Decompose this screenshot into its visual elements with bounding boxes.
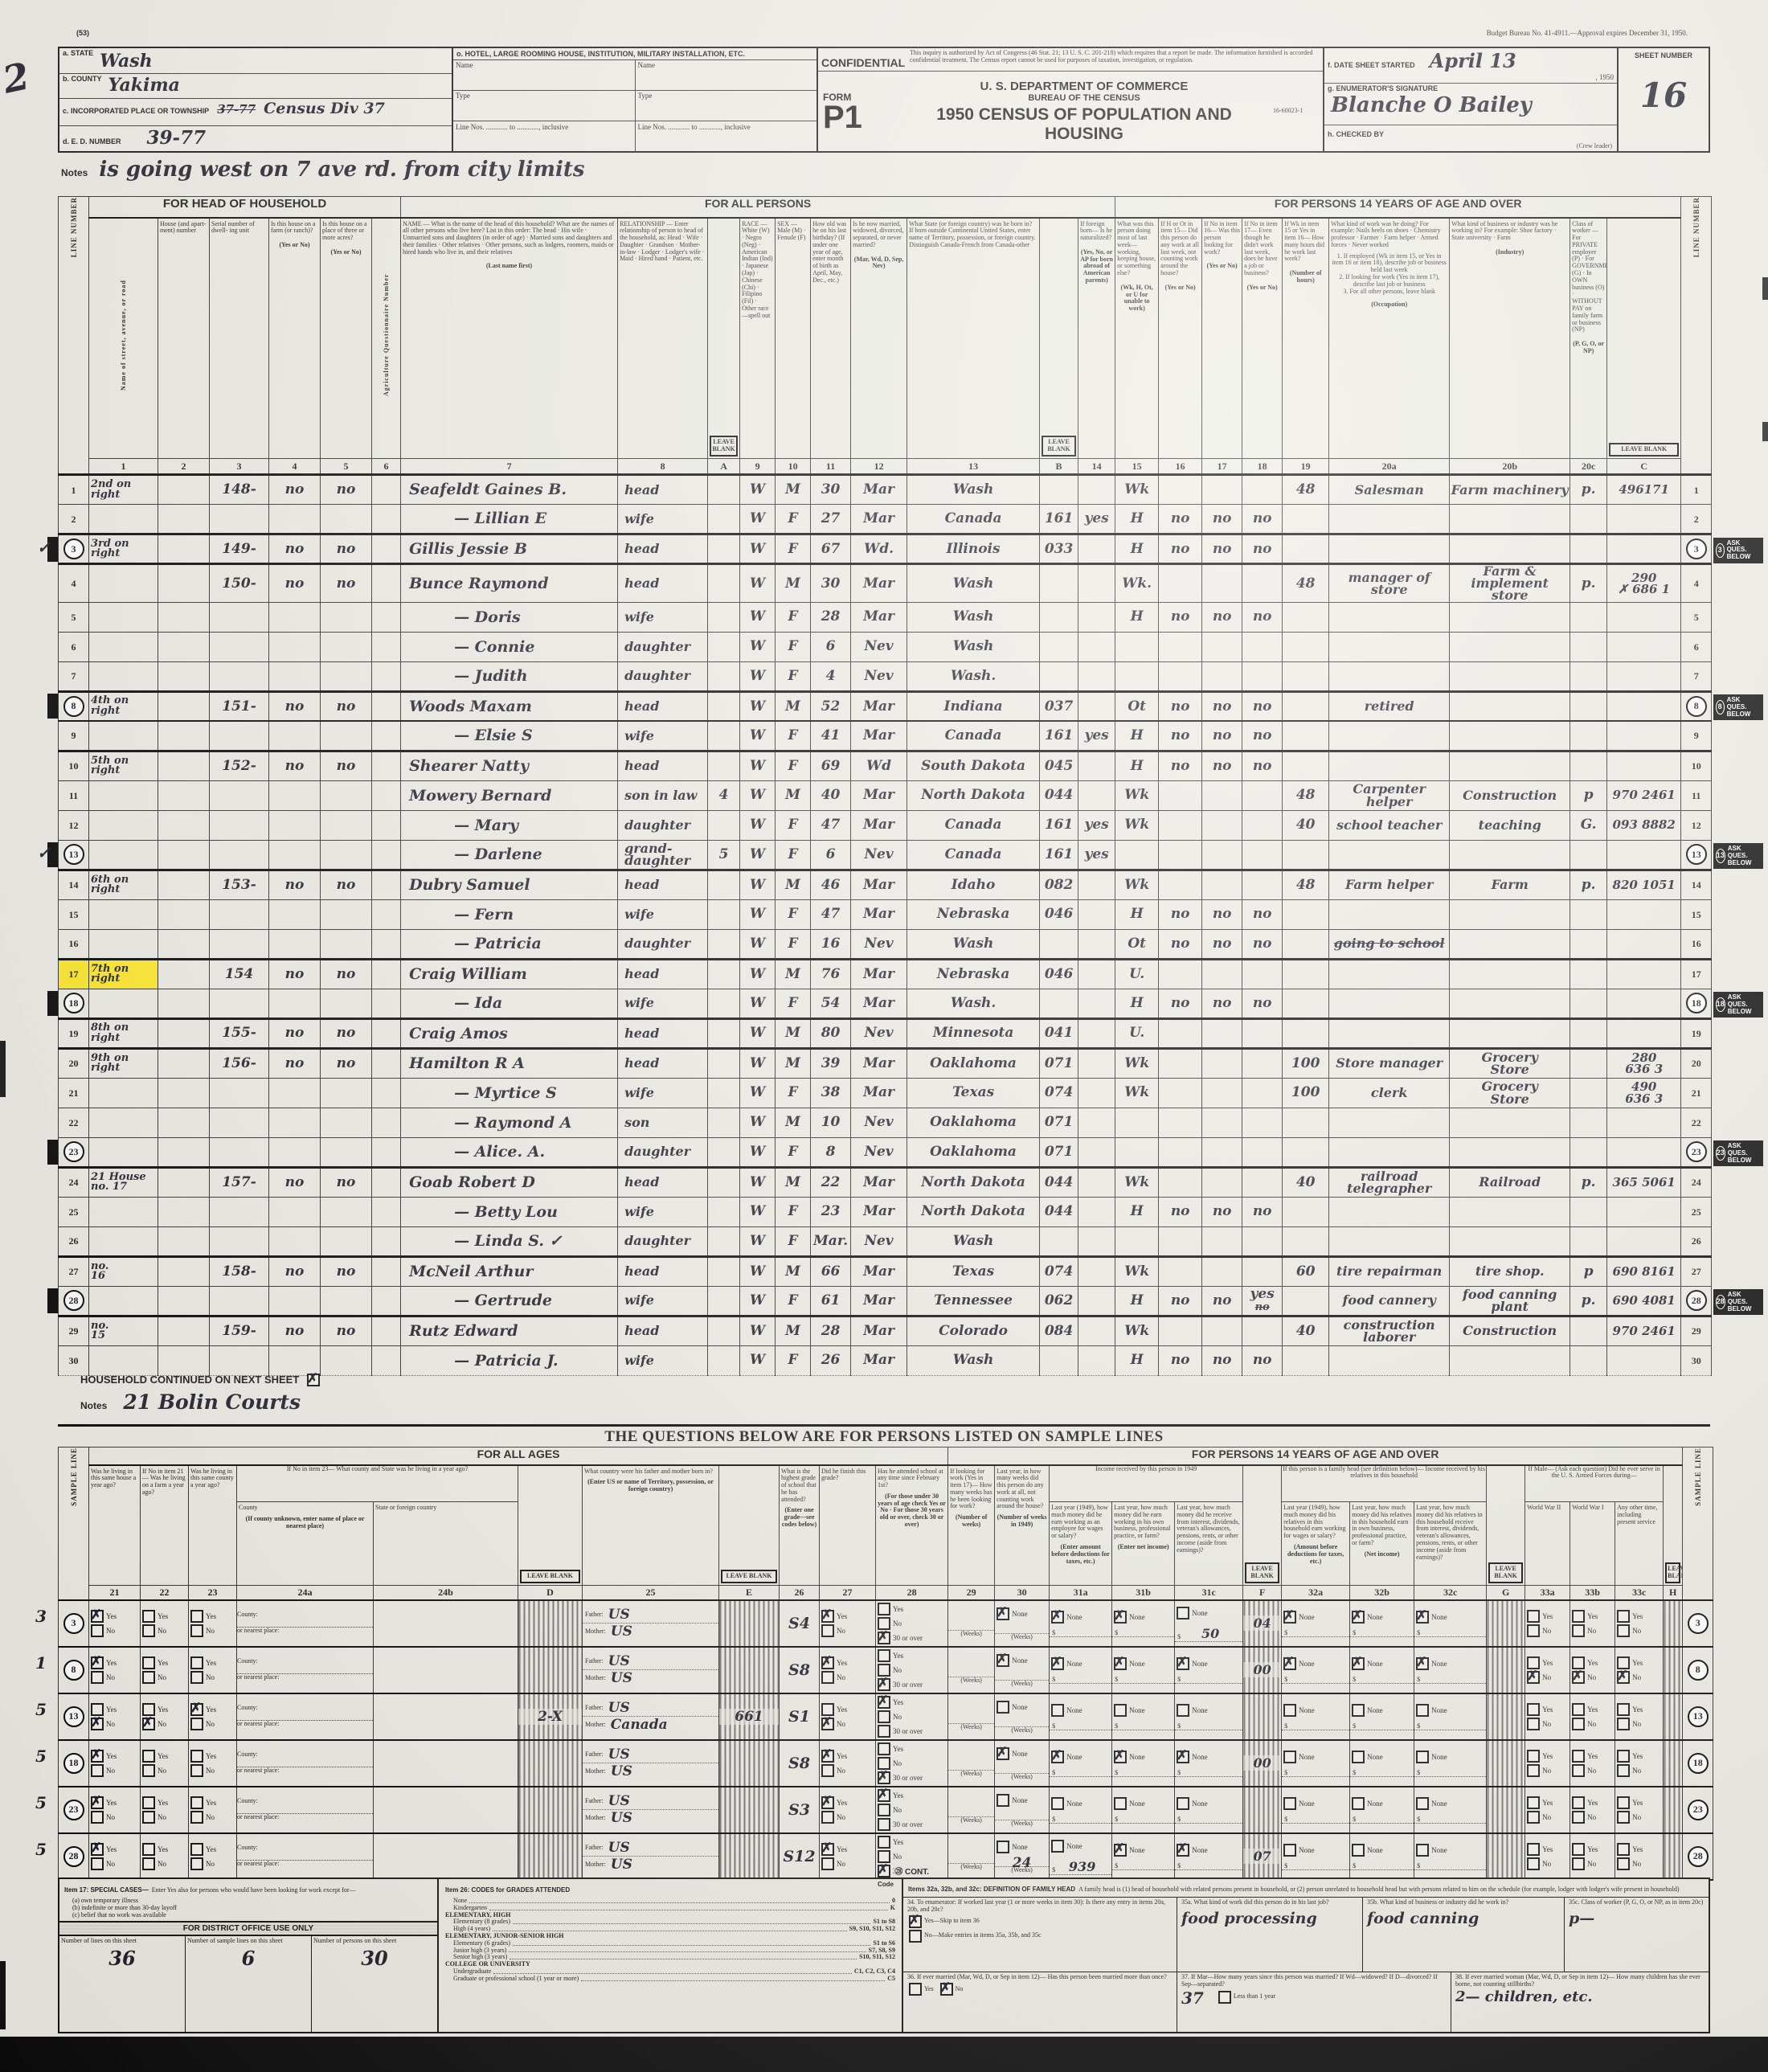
cell-32a-none: None [1283,1844,1348,1857]
cell-32b-dollar: $ [1353,1723,1356,1730]
value-ag: 41 [811,729,850,742]
value-bo: Wash. [907,997,1039,1009]
cell-31c-amount-line: $ [1175,1770,1242,1778]
cell-33a: YesNo [1525,1693,1570,1740]
cell-ma: Nev [851,929,907,959]
col-sub-32b: (Net income) [1350,1550,1414,1560]
cell-33c-yes-checkbox [1617,1796,1630,1809]
cell-sx: M [776,1018,811,1048]
cell-w18 [1242,1167,1283,1197]
cell-bo: Wash. [907,661,1040,691]
cell-33c-yes: Yes [1617,1796,1661,1809]
sample-line-circle-right: 3 [1688,1613,1709,1634]
value-B: 071 [1040,1145,1078,1158]
cell-23: YesNo [189,1693,237,1740]
cell-w17 [1202,1316,1242,1345]
cell-fa [269,1108,321,1137]
cell-29: (Weeks) [948,1787,995,1833]
value-rl: son in law [618,789,707,801]
value-sx: F [776,670,810,682]
sample-line-circle-right: 28 [1688,1846,1709,1867]
cell-bo: Tennessee [907,1286,1040,1316]
cell-B [1040,1226,1078,1256]
cell-32b-dollar: $ [1353,1816,1356,1824]
cell-B: 084 [1040,1316,1078,1345]
value-bo: Minnesota [907,1026,1039,1039]
mother-label: Mother: [585,1675,606,1682]
cell-bo: Canada [907,721,1040,751]
cell-rl: daughter [618,661,708,691]
cell-w19 [1283,661,1329,691]
cell-33b: YesNo [1570,1833,1615,1880]
col-sub-15: (Wk, H, Ot, or U for unable to work) [1115,285,1158,313]
value-nm: Rutz Edward [401,1324,617,1338]
cell-ag: 8 [811,1137,851,1167]
col-number-8: 8 [618,459,708,475]
cell-21-yes-label: Yes [106,1659,117,1667]
title-block: CONFIDENTIAL This inquiry is authorized … [818,48,1324,151]
value-nm: — Patricia J. [401,1353,617,1368]
cell-w19: 60 [1283,1256,1329,1286]
grade-value: S8 [780,1661,819,1679]
cell-ra: W [740,1316,776,1345]
cell-ho [158,751,210,780]
value-oc: railroad telegrapher [1329,1170,1449,1194]
cell-sx: F [776,929,811,959]
cell-ac [321,661,372,691]
value-B: 161 [1040,848,1078,861]
value-ra: W [740,1057,775,1070]
value-nm: — Darlene [401,847,617,862]
cell-23-yes: Yes [190,1703,235,1716]
grade-codes-box: Item 26: CODES for GRADES ATTENDED Code … [439,1879,903,2032]
cell-st: no. 15 [89,1316,158,1345]
cell-27-no-label: No [837,1673,845,1681]
ask-ques-below-badge: 18ASK QUES. BELOW [1713,992,1763,1018]
cell-w19: 40 [1283,1316,1329,1345]
sample-line-circle-right: 23 [1686,1141,1707,1162]
grade-code-name: Graduate or professional school (1 year … [453,1976,579,1983]
col-label-22: If No in item 21— Was he living on a far… [141,1466,188,1499]
sample-line-right-23: 23 [1683,1787,1713,1833]
cell-w18 [1242,870,1283,899]
cell-ho [158,1197,210,1226]
cell-33a-yes: Yes [1527,1843,1568,1856]
line-no-right: 11 [1692,790,1700,801]
col-number-20b: 20b [1450,459,1570,475]
cell-C: 690 8161 [1607,1256,1681,1286]
ask-ques-below-badge: 8ASK QUES. BELOW [1713,694,1763,720]
cell-st [89,989,158,1018]
line-no-right: 1 [1694,485,1699,496]
cell-23-no-label: No [206,1767,215,1775]
cell-24b [374,1600,518,1647]
sample-line-label: SAMPLE LINE [70,1448,78,1506]
cell-w19 [1283,1018,1329,1048]
cell-w18: no [1242,751,1283,780]
cell-21-no-label: No [106,1767,115,1775]
cell-ag: 6 [811,632,851,661]
father-value: US [608,1607,630,1623]
cell-C: 365 5061 [1607,1167,1681,1197]
line-number-left-6: 6 [59,632,89,661]
cell-31b-none: None [1114,1704,1173,1717]
col-label-11: How old was he on his last birthday? (If… [811,219,850,287]
cell-na [1078,1197,1115,1226]
cell-w15 [1115,661,1159,691]
cell-ac [321,1137,372,1167]
cell-w15: H [1115,1197,1159,1226]
cell-32c-dollar: $ [1417,1863,1420,1870]
cell-25: Father:USMother:US [583,1787,719,1833]
cell-w16: no [1159,721,1202,751]
value-ma: Mar [851,968,907,981]
cell-30-none-checkbox [997,1794,1009,1807]
cell-nm: — Raymond A [401,1108,618,1137]
cell-23-yes-checkbox [190,1656,203,1669]
cell-25: Father:USMother:US [583,1600,719,1647]
cell-33a-no-label: No [1542,1720,1551,1728]
cell-sx: M [776,691,811,721]
value-ma: Mar [851,1057,907,1070]
form-number: P1 [823,103,895,132]
value-se: 148- [210,483,268,496]
cell-23-yes-checkbox [190,1610,203,1623]
cell-rl: head [618,1167,708,1197]
cell-bo: North Dakota [907,1167,1040,1197]
cell-w15: H [1115,534,1159,564]
cell-A [708,1256,740,1286]
line-number-left-5: 5 [59,602,89,632]
cell-33c: YesNo [1615,1833,1664,1880]
cell-32b: None$ [1350,1740,1414,1787]
value-ma: Mar [851,1205,907,1218]
cell-w15: Wk [1115,1316,1159,1345]
cell-C [1607,929,1681,959]
cell-sx: F [776,1078,811,1108]
family-group-header: If this person is a family head (see def… [1282,1465,1487,1502]
cell-ma: Mar [851,780,907,810]
weeks-value [995,1808,1049,1820]
cell-w17: no [1202,534,1242,564]
sample-row-28: 28YesNoYesNoYesNoCounty:or nearest place… [59,1833,1713,1880]
sheet-number-label: SHEET NUMBER [1619,48,1709,59]
cell-in [1450,840,1570,870]
cell-23: YesNo [189,1647,237,1693]
badge-text: ASK QUES. BELOW [1727,697,1761,718]
cell-31c-amount-line: $50 [1175,1626,1242,1642]
line-no-right: 19 [1692,1028,1701,1039]
cell-B: 071 [1040,1137,1078,1167]
cell-w16: no [1159,1197,1202,1226]
line-number-right-25: 25 [1681,1197,1712,1226]
cell-A [708,1167,740,1197]
cell-ho [158,959,210,989]
cell-23-no-label: No [206,1813,215,1821]
cell-w15: H [1115,1286,1159,1316]
badge-text: ASK QUES. BELOW [1728,1292,1761,1312]
weeks-caption: (Weeks) [995,1633,1049,1641]
cell-32a-none-label: None [1299,1660,1315,1668]
value-sx: F [776,937,810,950]
cell-33c: YesNo [1615,1693,1664,1740]
cell-32b: None$ [1350,1647,1414,1693]
cell-21-yes: Yes [91,1610,138,1623]
cell-oc [1329,1345,1450,1375]
grade-value: S12 [780,1848,819,1865]
cell-27-no-checkbox [821,1671,834,1684]
value-B: 071 [1040,1116,1078,1128]
cell-ra: W [740,1345,776,1375]
value-B: 074 [1040,1086,1078,1099]
cell-29: (Weeks) [948,1833,995,1880]
grade-code-dots [493,1926,846,1931]
cell-31c-none: None [1177,1844,1241,1857]
cell-bo: Wash [907,475,1040,505]
cell-in [1450,534,1570,564]
cell-oc: retired [1329,691,1450,721]
col-header-1: Name of street, avenue, or road [89,218,158,459]
county-value: Yakima [108,75,180,98]
cell-23-yes-label: Yes [206,1706,216,1714]
value-bo: Oaklahoma [907,1116,1039,1128]
table-row: 18— IdawifeWF54MarWash.Hnonono18 [59,989,1712,1018]
line-no-right: 20 [1692,1058,1701,1069]
value-C: 690 8161 [1607,1266,1680,1277]
cell-w18 [1242,475,1283,505]
cell-22-yes: Yes [142,1750,186,1763]
cell-30-none: None [997,1607,1047,1620]
cell-in [1450,929,1570,959]
cell-bo: Wash [907,632,1040,661]
cell-31b-none-label: None [1129,1706,1145,1714]
value-fa: no [269,878,320,891]
value-C: 093 8882 [1607,819,1680,830]
cell-na [1078,1226,1115,1256]
col-header-16: If H or Ot in item 15— Did this person d… [1159,218,1202,459]
col-header-19: If Wk in item 15 or Yes in item 16— How … [1283,218,1329,459]
cell-nm: Woods Maxam [401,691,618,721]
cell-w16: no [1159,534,1202,564]
cell-27-no-checkbox [821,1764,834,1777]
cell-w18 [1242,840,1283,870]
value-w18: no [1242,729,1282,742]
confidential-label: CONFIDENTIAL [821,56,905,69]
value-ra: W [740,1116,775,1128]
weeks-caption: (Weeks) [995,1680,1049,1688]
cell-A [708,1048,740,1078]
sample-row-18: 18YesNoYesNoYesNoCounty:or nearest place… [59,1740,1713,1787]
cell-w16 [1159,1018,1202,1048]
cell-st [89,632,158,661]
cell-se: 153- [210,870,269,899]
line-no: 5 [72,612,76,623]
cell-B: 041 [1040,1018,1078,1048]
cell-ma: Mar [851,602,907,632]
district-office-title: FOR DISTRICT OFFICE USE ONLY [59,1921,437,1936]
cell-31a-dollar: $ [1052,1677,1055,1684]
col-sub-31a: (Enter amount before deductions for taxe… [1050,1542,1111,1566]
cell-27-yes-checkbox [821,1843,834,1856]
value-w15: Wk [1115,878,1158,891]
value-w15: H [1115,997,1158,1009]
cell-bo: Nebraska [907,899,1040,929]
table-row: 209th on right156-nonoHamilton R AheadWM… [59,1048,1712,1078]
father-label: Father: [585,1751,604,1759]
line-number-right-30: 30 [1681,1345,1712,1375]
cell-na [1078,780,1115,810]
cell-rl: daughter [618,1137,708,1167]
cell-23-no: No [190,1671,235,1684]
cell-w15: H [1115,1345,1159,1375]
value-ag: 10 [811,1116,850,1128]
cell-aq [372,989,401,1018]
cell-G [1487,1647,1525,1693]
value-w16: no [1159,729,1201,742]
cell-C [1607,989,1681,1018]
cell-G [1487,1833,1525,1880]
cell-33a-no-checkbox [1527,1671,1540,1684]
cell-bo: Oaklahoma [907,1108,1040,1137]
cell-nm: Bunce Raymond [401,564,618,603]
cell-32b-amount-line: $ [1350,1723,1414,1731]
cell-33b-yes: Yes [1572,1610,1613,1623]
value-w15: Ot [1115,700,1158,713]
hotel-type-label: Type [453,91,636,121]
cell-29: (Weeks) [948,1600,995,1647]
sample-line-circle: 18 [63,1753,84,1774]
cell-31c-none-checkbox [1177,1607,1189,1620]
weeks-caption: (Weeks) [995,1773,1049,1781]
cell-ho [158,810,210,840]
cell-31c: None$ [1175,1693,1243,1740]
table-row: 22— Raymond AsonWM10NevOaklahoma07122 [59,1108,1712,1137]
group-for-persons-14-sample: FOR PERSONS 14 YEARS OF AGE AND OVER [948,1448,1683,1465]
cell-w18: no [1242,721,1283,751]
line-no: 6 [72,641,76,653]
value-ma: Nev [851,1145,907,1158]
value-nm: Shearer Natty [401,759,617,773]
line-no-right: 17 [1692,968,1701,980]
value-ag: 22 [811,1176,850,1189]
cell-oc: manager of store [1329,564,1450,603]
cell-21-no: No [91,1764,138,1777]
item35b-question: 35b. What kind of business or industry d… [1367,1899,1560,1906]
cell-28-over30-checkbox [878,1678,890,1691]
cell-nm: — Fern [401,899,618,929]
cell-33c-yes-label: Yes [1632,1845,1643,1853]
cell-31b-amount-line: $ [1112,1863,1174,1871]
cell-ho [158,602,210,632]
cell-sx: M [776,564,811,603]
cell-33a-yes-checkbox [1527,1843,1540,1856]
value-rl: head [618,878,707,891]
line-number-left-11: 11 [59,780,89,810]
line-no: 7 [72,670,76,682]
value-w17: no [1202,997,1242,1009]
line-number-right-24: 24 [1681,1167,1712,1197]
cell-28-over30: 30 or over [878,1632,946,1644]
col-number-31a: 31a [1050,1586,1112,1600]
cell-w19 [1283,929,1329,959]
cell-23-yes-checkbox [190,1843,203,1856]
line-number-right-15: 15 [1681,899,1712,929]
cell-w17: no [1202,929,1242,959]
cell-bo: Canada [907,810,1040,840]
cell-32b-none-label: None [1367,1800,1383,1808]
line-number-header-left: LINE NUMBER [59,197,89,475]
sample-numbers-row: 21222324a24bD25E262728293031a31b31cF32a3… [59,1586,1713,1600]
table-row: 28— GertrudewifeWF61MarTennessee062Hnono… [59,1286,1712,1316]
cell-21-yes-checkbox [91,1610,104,1623]
value-w15: U. [1115,1026,1158,1039]
cell-sx: M [776,475,811,505]
cell-w15: Wk [1115,780,1159,810]
cell-32c-amount-line: $ [1414,1630,1486,1638]
household-continued-label: HOUSEHOLD CONTINUED ON NEXT SHEET [80,1374,299,1386]
cell-33a-no: No [1527,1764,1568,1777]
cell-w15: Wk [1115,1256,1159,1286]
value-ag: 28 [811,1325,850,1337]
line-number-right-6: 6 [1681,632,1712,661]
value-F: 00 [1243,1755,1281,1771]
cell-27-yes-label: Yes [837,1799,847,1807]
col-number-5: 5 [321,459,372,475]
year-label: , 1950 [1596,73,1615,81]
cell-w17 [1202,1226,1242,1256]
cell-32b-dollar: $ [1353,1630,1356,1637]
cell-32a-amount-line: $ [1282,1677,1349,1685]
sample-row-13: 13YesNoYesNoYesNoCounty:or nearest place… [59,1693,1713,1740]
cell-w17 [1202,1108,1242,1137]
col-label-5: Is this house on a place of three or mor… [321,219,371,244]
value-cl: p. [1570,1176,1606,1189]
line-no-right: 2 [1694,514,1699,525]
value-w17: no [1202,937,1242,950]
cell-sx: M [776,959,811,989]
state-value: Wash [100,51,152,72]
cell-28-yes: Yes [878,1696,946,1709]
cell-28-yes-label: Yes [893,1792,903,1800]
col-number-D: D [518,1586,583,1600]
employed-note: 1. If employed (Wk in item 15, or Yes in… [1331,253,1447,274]
col-number-6: 6 [372,459,401,475]
cell-33a-no-label: No [1542,1767,1551,1775]
value-fa: no [269,968,320,981]
cell-23: YesNo [189,1787,237,1833]
line-number-left-8: 8 [59,691,89,721]
cell-31b-amount-line: $ [1112,1677,1174,1685]
cell-21-no-checkbox [91,1857,104,1870]
cell-28-yes-checkbox [878,1789,890,1802]
value-ma: Wd [851,760,907,772]
cell-31c-none-label: None [1192,1846,1208,1854]
cell-nm: — Connie [401,632,618,661]
cell-21-yes: Yes [91,1750,138,1763]
cell-21-yes-label: Yes [106,1845,117,1853]
cell-oc: food cannery [1329,1286,1450,1316]
value-w17: no [1202,760,1242,772]
cell-oc: Store manager [1329,1048,1450,1078]
cell-B: 062 [1040,1286,1078,1316]
cell-ra: W [740,810,776,840]
cell-32b-dollar: $ [1353,1677,1356,1684]
notes-label: Notes [61,167,88,178]
value-nm: Goab Robert D [401,1175,617,1190]
item17-title: Item 17: SPECIAL CASES— [64,1886,149,1894]
cell-33a-yes: Yes [1527,1750,1568,1763]
cell-fa [269,632,321,661]
